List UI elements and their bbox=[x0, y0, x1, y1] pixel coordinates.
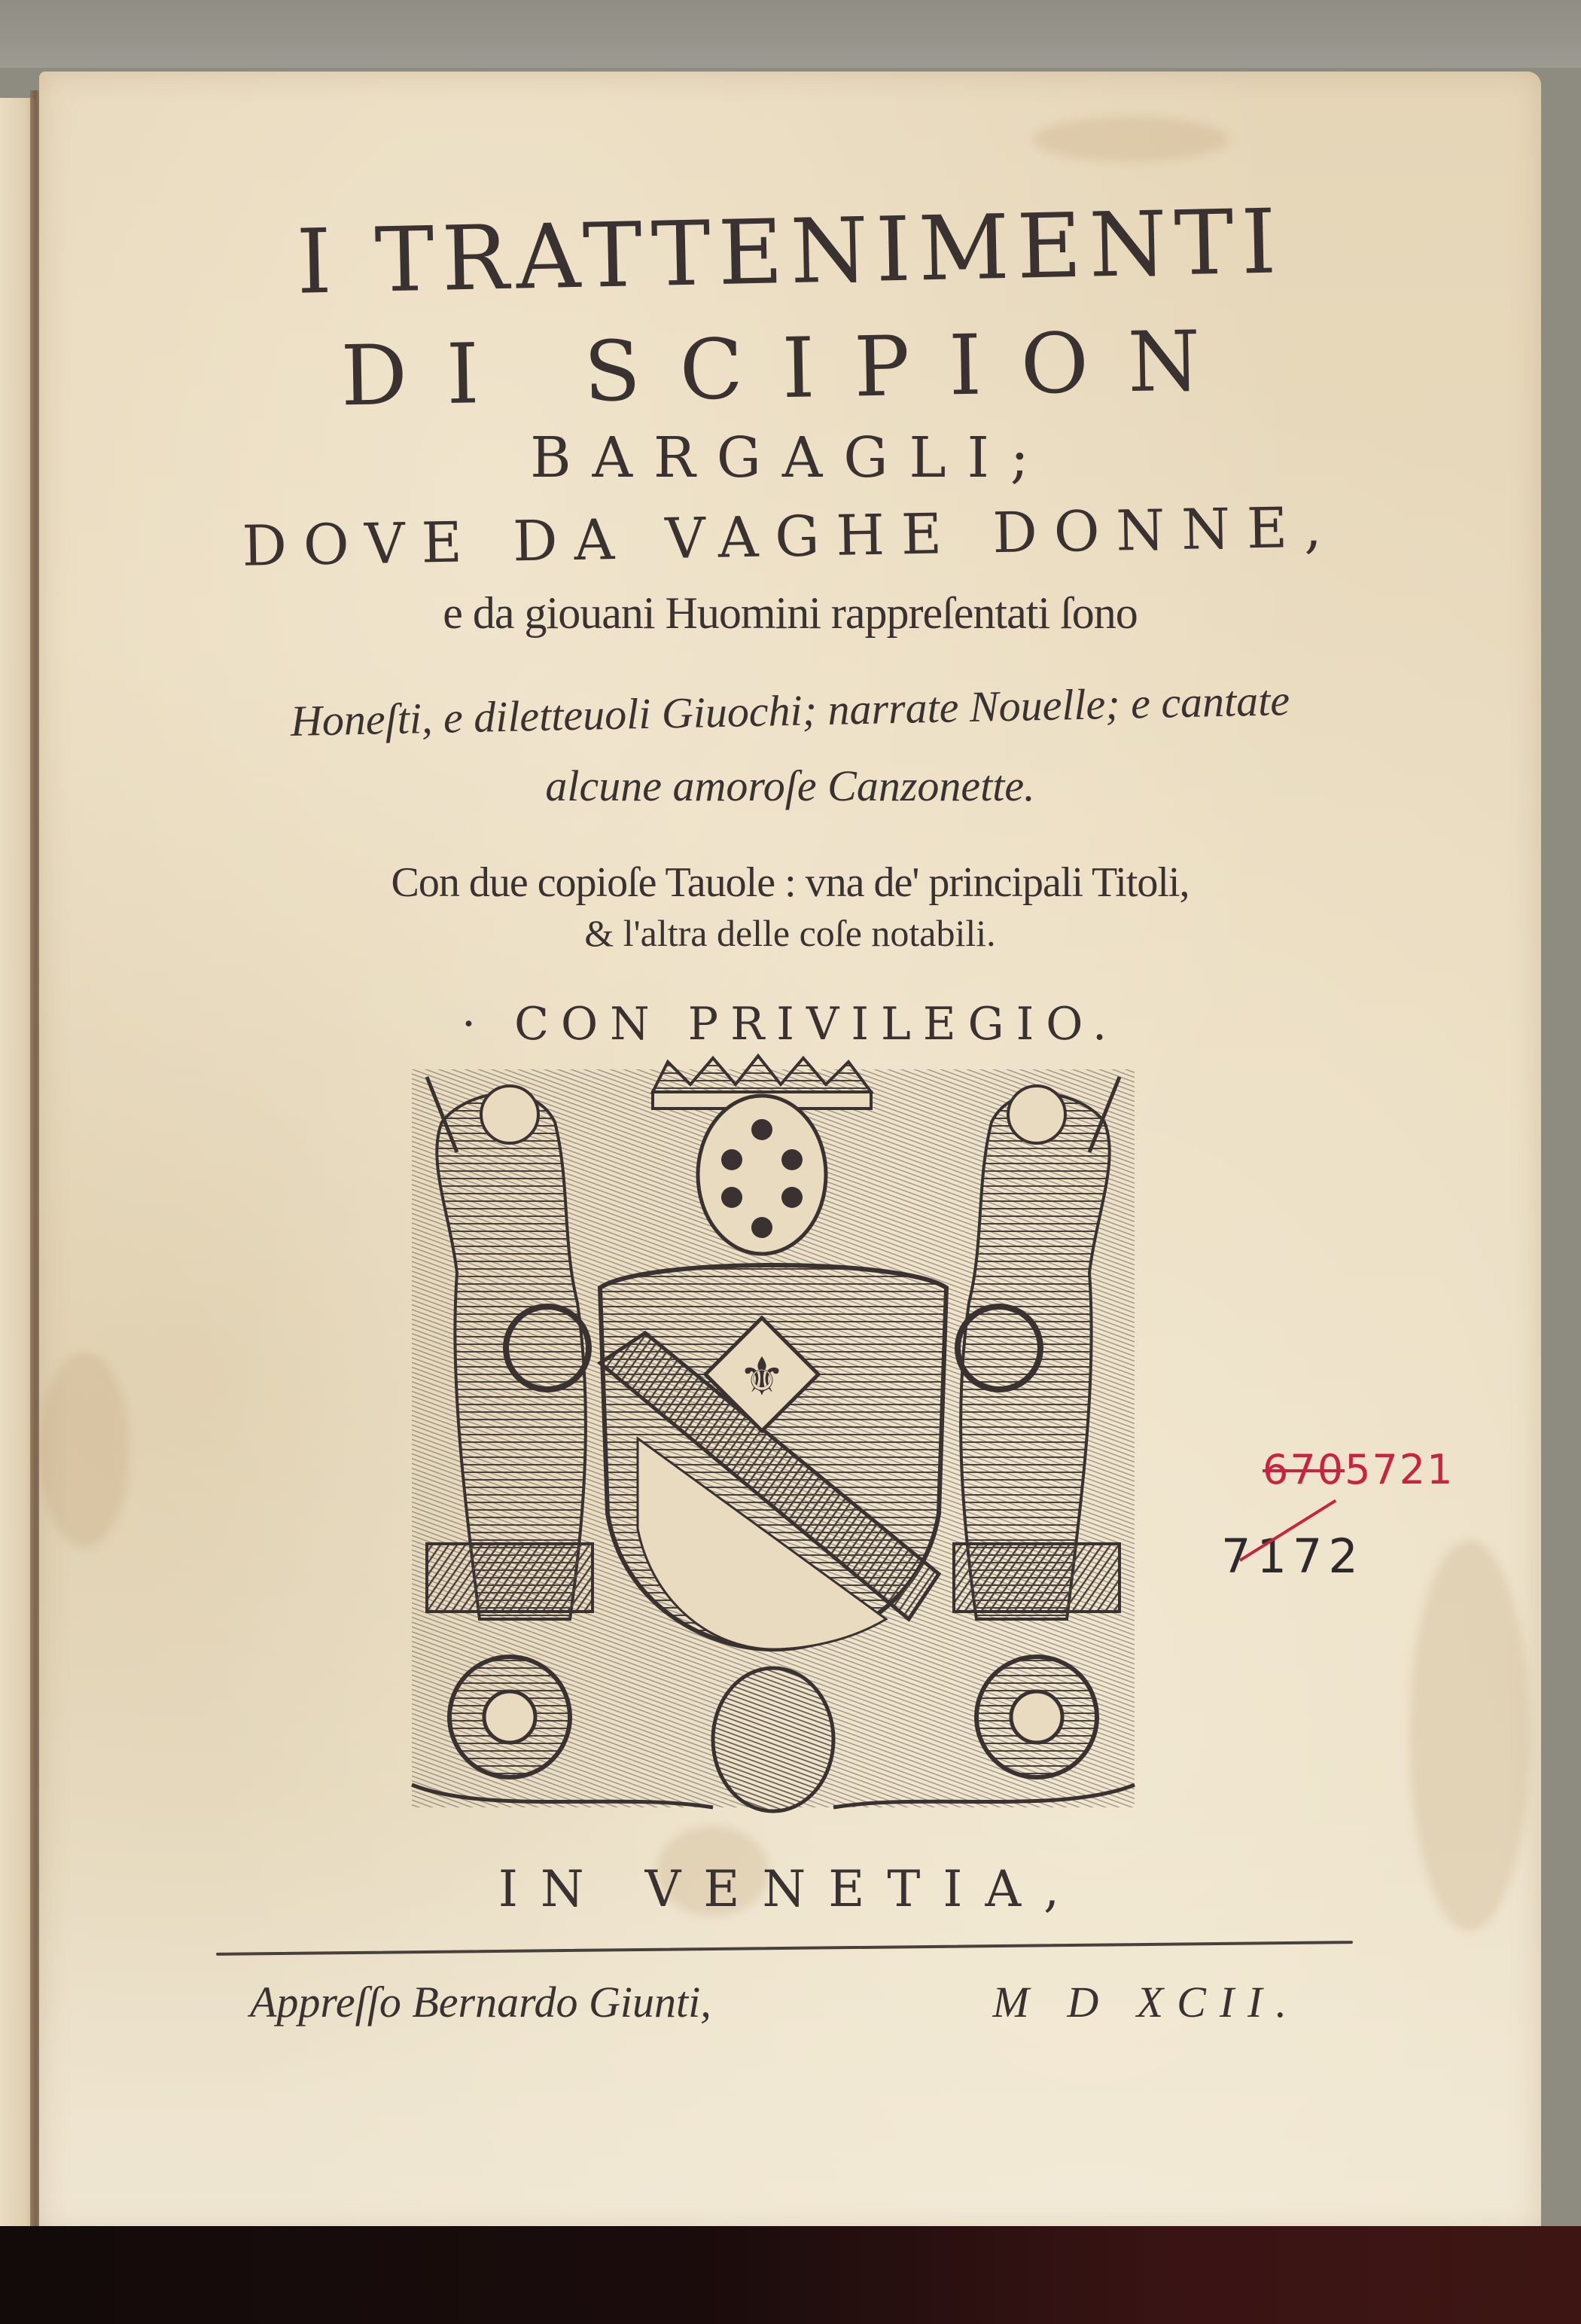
svg-text:⚜: ⚜ bbox=[739, 1346, 786, 1408]
table-surface bbox=[0, 2226, 1581, 2324]
subtitle-italic-2: alcune amoroſe Canzonette. bbox=[39, 761, 1541, 811]
imprint-city: IN VENETIA, bbox=[39, 1860, 1541, 1918]
imprint-line: Appreſſo Bernardo Giunti, M D XCII. bbox=[250, 1977, 1406, 2027]
tables-line-2: & l'altra delle coſe notabili. bbox=[39, 911, 1541, 955]
subtitle-italic-1: Honeſti, e dilettеuoli Giuochi; narrate … bbox=[39, 669, 1542, 752]
privilege-line: · CON PRIVILEGIO. bbox=[39, 998, 1541, 1051]
woodcut-illustration: ⚜ bbox=[397, 1047, 1150, 1822]
title-page: I TRATTENIMENTI DI SCIPION BARGAGLI; DOV… bbox=[39, 72, 1541, 2233]
author-surname: BARGAGLI; bbox=[39, 425, 1541, 490]
printer-device-woodcut: ⚜ bbox=[397, 1047, 1150, 1822]
old-shelfmark-rest: 5721 bbox=[1345, 1446, 1454, 1493]
imprint-date: M D XCII. bbox=[993, 1977, 1300, 2027]
old-shelfmark-red: 6705721 bbox=[1263, 1446, 1455, 1493]
background-surface bbox=[0, 0, 1581, 68]
water-stain bbox=[1033, 117, 1229, 162]
tables-line-1: Con due copioſe Tauole : vna de' princip… bbox=[39, 859, 1541, 907]
imprint-publisher: Appreſſo Bernardo Giunti, bbox=[250, 1977, 711, 2027]
title-line-1: I TRATTENIMENTI bbox=[38, 184, 1542, 319]
title-line-2: DI SCIPION bbox=[38, 307, 1542, 430]
subtitle-caps: DOVE DA VAGHE DONNE, bbox=[38, 492, 1541, 583]
imprint-rule bbox=[216, 1941, 1353, 1956]
water-stain bbox=[39, 1352, 129, 1548]
old-shelfmark-struck: 670 bbox=[1263, 1446, 1345, 1493]
subtitle-roman: e da giouani Huomini rappreſentati ſono bbox=[39, 587, 1541, 639]
